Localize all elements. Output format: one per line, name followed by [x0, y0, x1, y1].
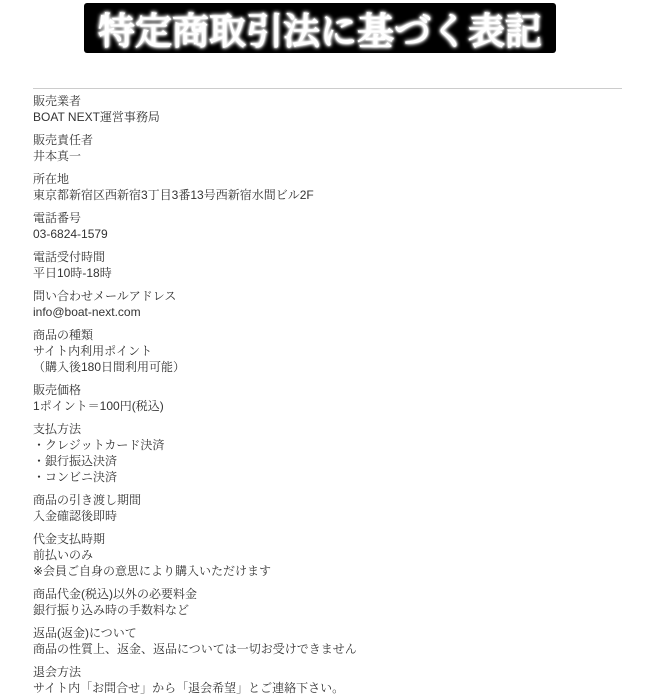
info-label: 販売責任者: [33, 132, 622, 148]
info-value: 東京都新宿区西新宿3丁目3番13号西新宿水間ビル2F: [33, 187, 622, 203]
info-value: 1ポイント＝100円(税込): [33, 398, 622, 414]
info-value: 入金確認後即時: [33, 508, 622, 524]
info-label: 販売業者: [33, 93, 622, 109]
info-label: 所在地: [33, 171, 622, 187]
info-value: 03-6824-1579: [33, 226, 622, 242]
info-section: 代金支払時期前払いのみ※会員ご自身の意思により購入いただけます: [33, 531, 622, 579]
info-value: サイト内利用ポイント: [33, 343, 622, 359]
info-value: 銀行振り込み時の手数料など: [33, 602, 622, 618]
info-section: 支払方法・クレジットカード決済・銀行振込決済・コンビニ決済: [33, 421, 622, 485]
info-value: 平日10時-18時: [33, 265, 622, 281]
info-label: 退会方法: [33, 664, 622, 680]
info-section: 退会方法サイト内「お問合せ」から「退会希望」とご連絡下さい。: [33, 664, 622, 696]
info-value: BOAT NEXT運営事務局: [33, 109, 622, 125]
legal-info-list: 販売業者BOAT NEXT運営事務局販売責任者井本真一所在地東京都新宿区西新宿3…: [33, 88, 622, 696]
info-value: 井本真一: [33, 148, 622, 164]
page-title: 特定商取引法に基づく表記: [98, 3, 542, 53]
info-value: ※会員ご自身の意思により購入いただけます: [33, 563, 622, 579]
info-label: 商品の種類: [33, 327, 622, 343]
info-section: 電話受付時間平日10時-18時: [33, 249, 622, 281]
info-label: 返品(返金)について: [33, 625, 622, 641]
info-value: ・クレジットカード決済: [33, 437, 622, 453]
info-section: 販売責任者井本真一: [33, 132, 622, 164]
info-value: ・コンビニ決済: [33, 469, 622, 485]
title-banner: 特定商取引法に基づく表記: [84, 3, 556, 53]
info-section: 問い合わせメールアドレスinfo@boat-next.com: [33, 288, 622, 320]
info-label: 支払方法: [33, 421, 622, 437]
info-section: 販売業者BOAT NEXT運営事務局: [33, 93, 622, 125]
info-label: 販売価格: [33, 382, 622, 398]
info-value: 前払いのみ: [33, 547, 622, 563]
info-value: info@boat-next.com: [33, 304, 622, 320]
info-label: 問い合わせメールアドレス: [33, 288, 622, 304]
info-label: 電話受付時間: [33, 249, 622, 265]
info-label: 商品代金(税込)以外の必要料金: [33, 586, 622, 602]
info-value: （購入後180日間利用可能）: [33, 359, 622, 375]
info-value: 商品の性質上、返金、返品については一切お受けできません: [33, 641, 622, 657]
info-section: 商品の引き渡し期間入金確認後即時: [33, 492, 622, 524]
info-section: 商品の種類サイト内利用ポイント（購入後180日間利用可能）: [33, 327, 622, 375]
info-label: 代金支払時期: [33, 531, 622, 547]
info-section: 商品代金(税込)以外の必要料金銀行振り込み時の手数料など: [33, 586, 622, 618]
info-value: サイト内「お問合せ」から「退会希望」とご連絡下さい。: [33, 680, 622, 696]
info-section: 電話番号03-6824-1579: [33, 210, 622, 242]
info-label: 電話番号: [33, 210, 622, 226]
info-section: 返品(返金)について商品の性質上、返金、返品については一切お受けできません: [33, 625, 622, 657]
info-section: 所在地東京都新宿区西新宿3丁目3番13号西新宿水間ビル2F: [33, 171, 622, 203]
info-value: ・銀行振込決済: [33, 453, 622, 469]
info-label: 商品の引き渡し期間: [33, 492, 622, 508]
info-section: 販売価格1ポイント＝100円(税込): [33, 382, 622, 414]
